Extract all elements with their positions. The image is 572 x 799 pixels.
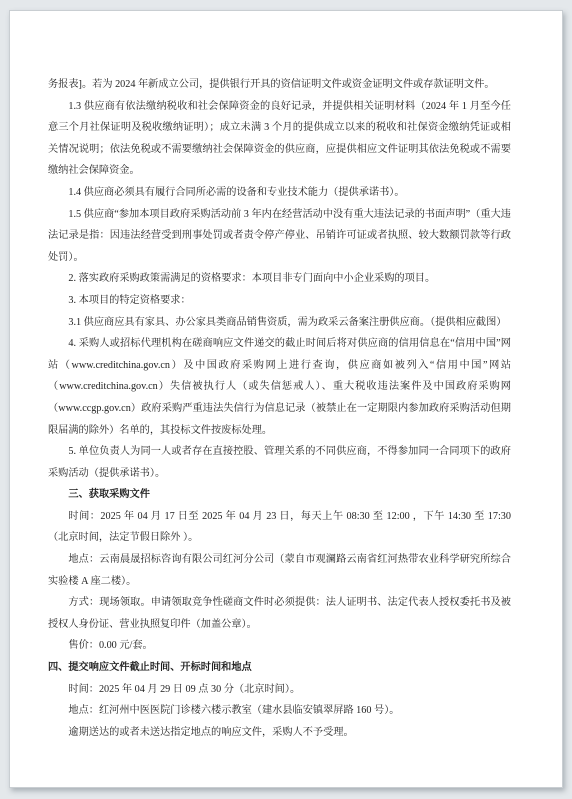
paragraph-price: 售价：0.00 元/套。 — [48, 635, 511, 657]
paragraph-clause-2-policy-requirements: 2. 落实政府采购政策需满足的资格要求：本项目非专门面向中小企业采购的项目。 — [48, 268, 511, 290]
paragraph-obtain-method: 方式：现场领取。申请领取竞争性磋商文件时必须提供：法人证明书、法定代表人授权委托… — [48, 592, 511, 635]
paragraph-clause-3-1-furniture-qualification: 3.1 供应商应具有家具、办公家具类商品销售资质，需为政采云备案注册供应商。（提… — [48, 312, 511, 334]
paragraph-late-submission-notice: 逾期送达的或者未送达指定地点的响应文件，采购人不予受理。 — [48, 722, 511, 744]
paragraph-obtain-location: 地点：云南晨晟招标咨询有限公司红河分公司（蒙自市观澜路云南省红河热带农业科学研究… — [48, 549, 511, 592]
paragraph-clause-1-4-equipment-capability: 1.4 供应商必须具有履行合同所必需的设备和专业技术能力（提供承诺书）。 — [48, 182, 511, 204]
paragraph-continuation-financial-statements: 务报表]。若为 2024 年新成立公司，提供银行开具的资信证明文件或资金证明文件… — [48, 74, 511, 96]
paragraph-clause-1-5-no-major-violations: 1.5 供应商“参加本项目政府采购活动前 3 年内在经营活动中没有重大违法记录的… — [48, 204, 511, 269]
paragraph-clause-1-3-tax-social-security: 1.3 供应商有依法缴纳税收和社会保障资金的良好记录，并提供相关证明材料（202… — [48, 96, 511, 182]
paragraph-clause-5-same-responsible-person: 5. 单位负责人为同一人或者存在直接控股、管理关系的不同供应商，不得参加同一合同… — [48, 441, 511, 484]
paragraph-obtain-time: 时间：2025 年 04 月 17 日至 2025 年 04 月 23 日，每天… — [48, 506, 511, 549]
paragraph-opening-time: 时间：2025 年 04 月 29 日 09 点 30 分（北京时间）。 — [48, 679, 511, 701]
section-heading-4-submission-deadline: 四、提交响应文件截止时间、开标时间和地点 — [48, 657, 511, 679]
document-viewer-background: 务报表]。若为 2024 年新成立公司，提供银行开具的资信证明文件或资金证明文件… — [0, 0, 572, 799]
paragraph-opening-location: 地点：红河州中医医院门诊楼六楼示教室（建水县临安镇翠屏路 160 号）。 — [48, 700, 511, 722]
paragraph-clause-4-credit-check: 4. 采购人或招标代理机构在磋商响应文件递交的截止时间后将对供应商的信用信息在“… — [48, 333, 511, 441]
document-page: 务报表]。若为 2024 年新成立公司，提供银行开具的资信证明文件或资金证明文件… — [9, 10, 563, 788]
section-heading-3-obtain-documents: 三、获取采购文件 — [48, 484, 511, 506]
paragraph-clause-3-specific-qualifications: 3. 本项目的特定资格要求： — [48, 290, 511, 312]
